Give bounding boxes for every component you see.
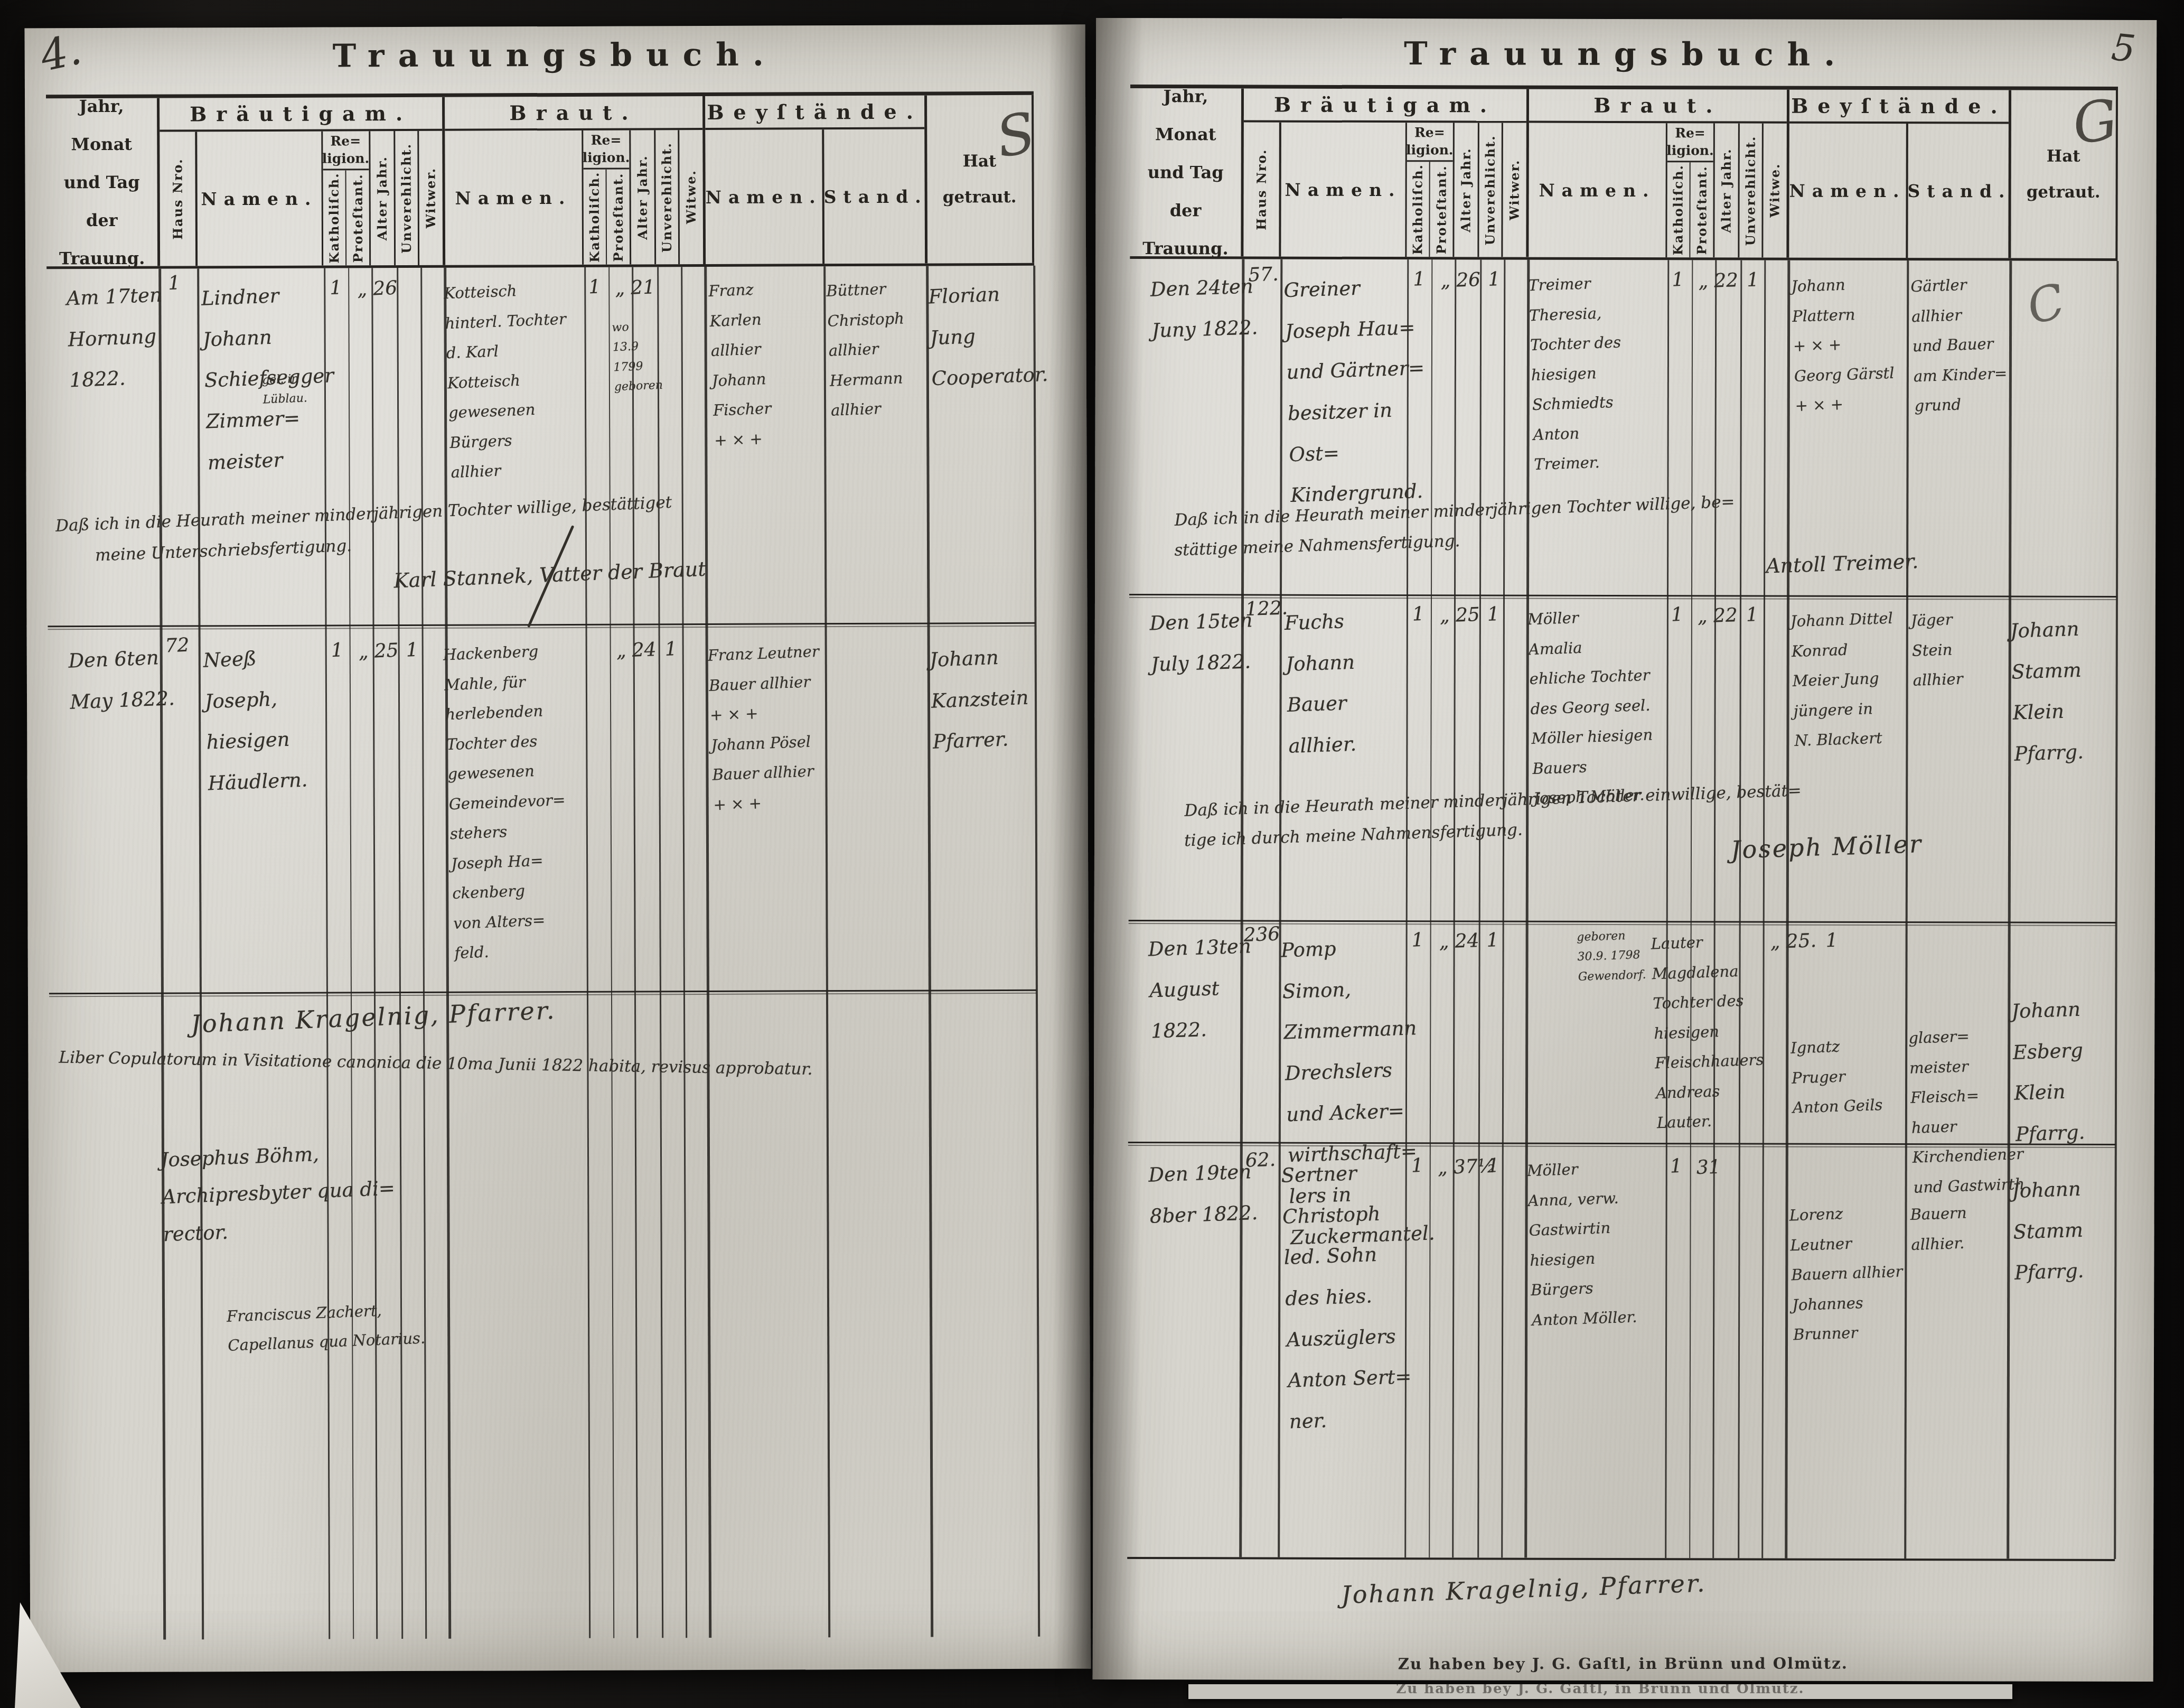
column-rule	[348, 268, 354, 1639]
entry-house-no: 236	[1243, 922, 1280, 946]
column-rule	[1689, 260, 1693, 1558]
column-rule	[397, 268, 403, 1639]
bride-age-column-header: Alter Jahr.	[1714, 123, 1740, 257]
religion-mark: 1	[406, 639, 419, 662]
column-rule	[1501, 260, 1505, 1558]
witnesses-group-label: Beyſtände.	[705, 96, 924, 130]
religion-mark: 1	[1411, 929, 1424, 952]
entry-age: „ 26	[357, 277, 398, 301]
groom-unmarried-column-header: Unverehlicht.	[395, 131, 419, 265]
entry-groom-name: Fuchs Johann Bauer allhier.	[1284, 601, 1358, 767]
witnesses-group-label: Beyſtände.	[1789, 90, 2009, 124]
bride-religion-column-header: Re= ligion. Katholiſch. Proteſtant.	[583, 130, 631, 265]
entry-age: „ 25.	[1770, 929, 1817, 954]
religion-mark: 1	[1746, 603, 1758, 627]
column-rule	[823, 266, 830, 1637]
column-rule	[1429, 259, 1432, 1557]
catholic-label: Katholiſch.	[1667, 162, 1690, 257]
groom-unmarried-column-header: Unverehlicht.	[1479, 123, 1503, 257]
entry-stand: Bauern allhier.	[1910, 1198, 1969, 1260]
officiant-signature: Johann Kragelnig, Pfarrer.	[1341, 1568, 1707, 1610]
entry-house-no: 62.	[1245, 1149, 1276, 1172]
groom-group: Bräutigam. Haus Nro. Namen. Re= ligion. …	[1243, 88, 1529, 257]
witnesses-group: Beyſtände. Namen. Stand.	[705, 96, 927, 264]
witness-name-column-header: Namen.	[1789, 124, 1908, 258]
religion-mark: 1	[1825, 929, 1838, 952]
column-rule	[1239, 259, 1244, 1557]
consent-signature: Antoll Treimer.	[1765, 549, 1918, 577]
religion-mark: 1	[1672, 268, 1684, 292]
entry-age: „ 25	[1439, 603, 1480, 628]
bride-name-column-header: Namen.	[1529, 123, 1667, 258]
religion-mark: 1	[1411, 1154, 1423, 1178]
column-rule	[444, 268, 451, 1639]
column-rule	[420, 268, 427, 1639]
entry-note: geboren 30.9. 1798 Gewendorf.	[1577, 926, 1646, 987]
column-rule	[1761, 260, 1766, 1558]
entry-note: gel. in Lüblau.	[262, 369, 308, 410]
consent-signature: Joseph Möller	[1730, 829, 1923, 865]
printer-imprint: Zu haben bey J. G. Gaſtl, in Brünn und O…	[1093, 1654, 2153, 1674]
groom-religion-column-header: Re= ligion. Katholiſch. Proteſtant.	[1407, 123, 1455, 257]
entry-bride-name: Lauter Magdalena Tochter des hiesigen Fl…	[1651, 925, 1784, 1138]
officiant-column-header: Hat getraut.	[2011, 90, 2118, 258]
house-number-column-header: Haus Nro.	[1243, 122, 1281, 256]
widower-column-header: Witwer.	[419, 131, 443, 265]
catholic-label: Katholiſch.	[323, 170, 345, 265]
consent-note: stättige meine Nahmensfertigung.	[1174, 531, 1460, 560]
entry-date: Den 24ten Juny 1822.	[1150, 266, 1259, 351]
table-body: Am 17ten Hornung 1822.1Lindner Johann Sc…	[46, 266, 1039, 1640]
printer-imprint: Zu haben bey J. G. Gaſtl, in Brünn und O…	[1188, 1684, 2012, 1697]
groom-name-column-header: Namen.	[197, 132, 323, 266]
religion-mark: 1	[1412, 603, 1424, 626]
entry-house-no: 122.	[1245, 596, 1288, 621]
column-rule	[2114, 261, 2119, 1559]
bride-group-label: Braut.	[445, 96, 702, 131]
groom-name-column-header: Namen.	[1281, 123, 1407, 257]
entry-date: Am 17ten Hornung 1822.	[65, 275, 166, 402]
entry-stand: Gärtler allhier und Bauer am Kinder= gru…	[1910, 268, 2009, 421]
religion-mark: 1	[1487, 1154, 1499, 1178]
column-rule	[1477, 259, 1482, 1557]
next-page-edge: Zu haben bey J. G. Gaſtl, in Brünn und O…	[1188, 1684, 2012, 1699]
entry-officiant: Johann Stamm Klein Pfarrg.	[2010, 609, 2085, 775]
clergy-signature: Franciscus Zachert, Capellanus qua Notar…	[226, 1294, 426, 1360]
entry-note: wo 13.9 1799 geboren	[612, 316, 663, 397]
entry-date: Den 19ten 8ber 1822.	[1148, 1151, 1258, 1237]
protestant-label: Proteſtant.	[345, 170, 369, 265]
consent-note: Daß ich in die Heurath meiner minderjähr…	[1184, 781, 1802, 820]
column-rule	[681, 267, 687, 1638]
entry-house-no: 1	[167, 272, 181, 295]
page-title: Trauungsbuch.	[1096, 35, 2157, 74]
right-page: 5 Trauungsbuch. G Jahr, Monat und Tag de…	[1093, 18, 2157, 1682]
column-rule	[1738, 260, 1742, 1558]
entry-groom-name: Neeß Joseph, hiesigen Häudlern.	[202, 636, 308, 804]
entry-officiant: Florian Jung Cooperator.	[927, 272, 1049, 399]
column-rule	[1278, 259, 1282, 1557]
groom-religion-column-header: Re= ligion. Katholiſch. Proteſtant.	[323, 131, 371, 265]
groom-age-column-header: Alter Jahr.	[370, 131, 396, 265]
entry-age: „ 24	[616, 638, 657, 662]
visitation-note: Liber Copulatorum in Visitatione canonic…	[59, 1048, 813, 1079]
bride-group: Braut. Namen. Re= ligion. Katholiſch. Pr…	[1529, 89, 1789, 258]
column-rule	[158, 269, 166, 1640]
witnesses-group: Beyſtände. Namen. Stand.	[1789, 90, 2011, 258]
register-table: Jahr, Monat und Tag der Trauung. Bräutig…	[1127, 85, 2118, 1561]
bride-unmarried-column-header: Unverehlicht.	[655, 130, 679, 264]
left-page: 4. Trauungsbuch. S Jahr, Monat und Tag d…	[25, 25, 1091, 1673]
entry-bride-name: Kotteisch hinterl. Tochter d. Karl Kotte…	[443, 274, 586, 488]
groom-group-label: Bräutigam.	[160, 97, 442, 132]
table-body: C Den 24ten Juny 1822.57.Greiner Joseph …	[1127, 259, 2117, 1561]
protestant-label: Proteſtant.	[1690, 162, 1713, 257]
page-number: 5	[2110, 25, 2138, 71]
consent-note: tige ich durch meine Nahmensfertigung.	[1184, 820, 1523, 850]
column-rule	[608, 267, 614, 1638]
religion-mark: 1	[664, 638, 678, 661]
entry-witnesses: Johann Dittel Konrad Meier Jung jüngere …	[1790, 603, 1897, 756]
column-rule	[2007, 261, 2012, 1559]
entry-age: 31	[1696, 1156, 1721, 1180]
entry-stand: Jäger Stein allhier	[1910, 604, 1963, 696]
bride-group-label: Braut.	[1529, 89, 1787, 124]
entry-witnesses: Lorenz Leutner Bauern allhier Johannes B…	[1789, 1197, 1905, 1350]
entry-age: „ 21	[614, 276, 655, 300]
entry-officiant: Johann Esberg Klein Pfarrg.	[2011, 989, 2086, 1155]
entry-stand: Büttner Christoph allhier Hermann allhie…	[826, 273, 908, 425]
column-rule	[1785, 260, 1790, 1558]
religion-mark: 1	[1747, 268, 1759, 292]
entry-age: „ 24	[1439, 929, 1479, 954]
catholic-label: Katholiſch.	[1407, 162, 1429, 257]
col-date-header: Jahr, Monat und Tag der Trauung.	[46, 98, 160, 267]
religion-mark: 1	[331, 639, 344, 662]
entry-witnesses: Ignatz Pruger Anton Geils	[1790, 1030, 1883, 1123]
religion-mark: 1	[329, 276, 342, 300]
entry-groom-name: Greiner Joseph Hau= und Gärtner= besitze…	[1283, 266, 1429, 516]
clergy-signature: Josephus Böhm, Archipresbyter qua di= re…	[160, 1133, 397, 1253]
entry-officiant: Johann Stamm Pfarrg.	[2011, 1169, 2085, 1294]
bride-group: Braut. Namen. Re= ligion. Katholiſch. Pr…	[445, 96, 706, 265]
column-rule	[1452, 259, 1456, 1557]
column-rule	[632, 267, 638, 1638]
widow-column-header: Witwe.	[1763, 124, 1787, 258]
religion-mark: 1	[1413, 268, 1426, 291]
religion-mark: 1	[1487, 603, 1499, 626]
row-divider	[48, 622, 1036, 630]
consent-note: meine Unterschriebsfertigung.	[95, 536, 352, 565]
table-header: Jahr, Monat und Tag der Trauung. Bräutig…	[46, 91, 1034, 269]
entry-date: Den 6ten May 1822.	[68, 637, 175, 723]
witness-name-column-header: Namen.	[705, 129, 824, 264]
religion-mark: 1	[1671, 603, 1683, 627]
consent-note: Daß ich in die Heurath meiner minderjähr…	[55, 493, 672, 536]
religion-mark: 1	[1670, 1155, 1682, 1178]
witness-status-column-header: Stand.	[1908, 124, 2011, 258]
groom-group: Bräutigam. Haus Nro. Namen. Re= ligion. …	[160, 97, 445, 266]
column-rule	[1524, 260, 1530, 1558]
witness-status-column-header: Stand.	[824, 129, 927, 264]
scanned-register-spread: { "title": "Trauungsbuch.", "imprint": "…	[0, 0, 2184, 1708]
protestant-label: Proteſtant.	[1429, 162, 1452, 257]
page-title: Trauungsbuch.	[25, 35, 1085, 76]
protestant-label: Proteſtant.	[606, 170, 630, 265]
column-rule	[1033, 266, 1040, 1637]
bride-religion-column-header: Re= ligion. Katholiſch. Proteſtant.	[1667, 123, 1715, 257]
column-rule	[657, 267, 663, 1638]
entry-age: „ 25	[358, 639, 399, 664]
entry-house-no: 72	[165, 634, 190, 658]
entry-age: „ 22	[1697, 604, 1738, 628]
column-rule	[1904, 260, 1909, 1558]
widow-column-header: Witwe.	[679, 130, 703, 264]
officiant-column-header: Hat getraut.	[927, 95, 1034, 264]
column-rule	[371, 268, 378, 1639]
entry-date: Den 15ten July 1822.	[1149, 600, 1254, 685]
bride-unmarried-column-header: Unverehlicht.	[1739, 123, 1763, 257]
catholic-label: Katholiſch.	[583, 170, 606, 265]
entry-age: „ 26	[1440, 268, 1481, 293]
entry-house-no: 57.	[1248, 263, 1279, 287]
column-rule	[1712, 260, 1717, 1558]
bride-age-column-header: Alter Jahr.	[631, 130, 656, 264]
ink-flourish: C	[2022, 273, 2070, 335]
register-table: Jahr, Monat und Tag der Trauung. Bräutig…	[46, 91, 1039, 1640]
entry-age: „ 22	[1698, 269, 1739, 293]
widower-column-header: Witwer.	[1503, 123, 1526, 257]
religion-mark: 1	[1488, 268, 1501, 291]
house-number-column-header: Haus Nro.	[160, 132, 198, 266]
entry-date: Den 13ten August 1822.	[1148, 926, 1254, 1052]
col-date-header: Jahr, Monat und Tag der Trauung.	[1130, 88, 1244, 256]
column-rule	[197, 268, 204, 1639]
religion-mark: 1	[588, 275, 601, 298]
entry-witnesses: Franz Leutner Bauer allhier + × + Johann…	[707, 637, 826, 820]
column-rule	[926, 266, 933, 1637]
entry-witnesses: Johann Plattern + × + Georg Gärstl + × +	[1791, 268, 1896, 421]
entry-bride-name: Hackenberg Mahle, für herlebenden Tochte…	[443, 635, 593, 969]
entry-witnesses: Franz Karlen allhier Johann Fischer + × …	[708, 274, 773, 455]
entry-stand: glaser= meister Fleisch= hauer Kirchendi…	[1908, 1020, 2024, 1202]
entry-bride-name: Möller Anna, verw. Gastwirtin hiesigen B…	[1526, 1152, 1664, 1335]
entry-bride-name: Möller Amalia ehliche Tochter des Georg …	[1527, 600, 1669, 814]
religion-mark: 1	[1486, 929, 1499, 952]
entry-bride-name: Treimer Theresia, Tochter des hiesigen S…	[1527, 266, 1669, 480]
entry-groom-name: Sertner Christoph led. Sohn des hies. Au…	[1280, 1151, 1413, 1442]
table-header: Jahr, Monat und Tag der Trauung. Bräutig…	[1130, 85, 2118, 261]
entry-officiant: Johann Kanzstein Pfarrer.	[929, 636, 1031, 763]
column-rule	[704, 267, 711, 1638]
groom-group-label: Bräutigam.	[1244, 88, 1526, 123]
bride-name-column-header: Namen.	[445, 130, 584, 265]
groom-age-column-header: Alter Jahr.	[1454, 123, 1479, 257]
officiant-signature: Johann Kragelnig, Pfarrer.	[190, 995, 556, 1040]
